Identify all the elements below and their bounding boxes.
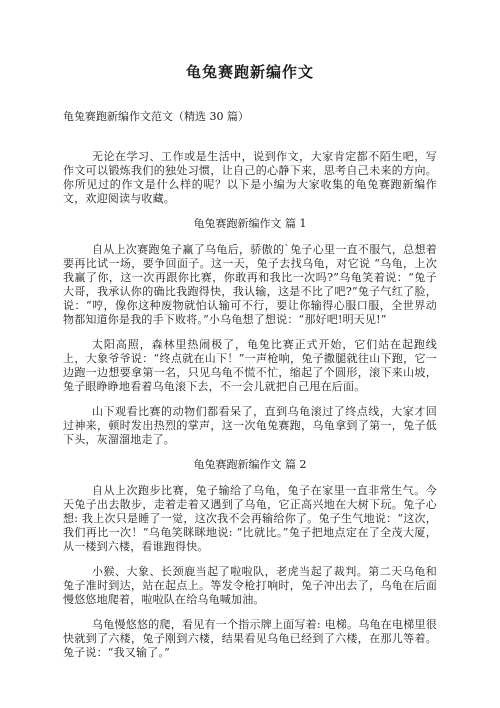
- section-2-paragraph-1: 自从上次跑步比赛，兔子输给了乌龟，兔子在家里一直非常生气。今天兔子出去散步，走着…: [63, 484, 437, 554]
- section-1-paragraph-3: 山下观看比赛的动物们都看呆了，直到乌龟滚过了终点线，大家才回过神来，顿时发出热烈…: [63, 405, 437, 447]
- intro-paragraph: 无论在学习、工作或是生活中，说到作文，大家肯定都不陌生吧，写作文可以锻炼我们的独…: [63, 150, 437, 206]
- document-subtitle: 龟兔赛跑新编作文范文（精选 30 篇）: [63, 110, 437, 124]
- section-2-paragraph-2: 小猴、大象、长颈鹿当起了啦啦队，老虎当起了裁判。第二天乌龟和兔子准时到达，站在起…: [63, 565, 437, 607]
- section-1-paragraph-1: 自从上次赛跑兔子赢了乌龟后，骄傲的`兔子心里一直不服气，总想着要再比试一场，要争…: [63, 243, 437, 327]
- section-2-heading: 龟兔赛跑新编作文 篇 2: [63, 458, 437, 472]
- document-title: 龟兔赛跑新编作文: [63, 62, 437, 82]
- document-page: 龟兔赛跑新编作文 龟兔赛跑新编作文范文（精选 30 篇） 无论在学习、工作或是生…: [0, 0, 500, 708]
- section-1-heading: 龟兔赛跑新编作文 篇 1: [63, 217, 437, 231]
- section-1-paragraph-2: 太阳高照，森林里热闹极了，龟兔比赛正式开始，它们站在起跑线上，大象爷爷说：“终点…: [63, 338, 437, 394]
- section-2-paragraph-3: 乌龟慢悠悠的爬，看见有一个指示牌上面写着: 电梯。乌龟在电梯里很快就到了六楼，兔…: [63, 618, 437, 660]
